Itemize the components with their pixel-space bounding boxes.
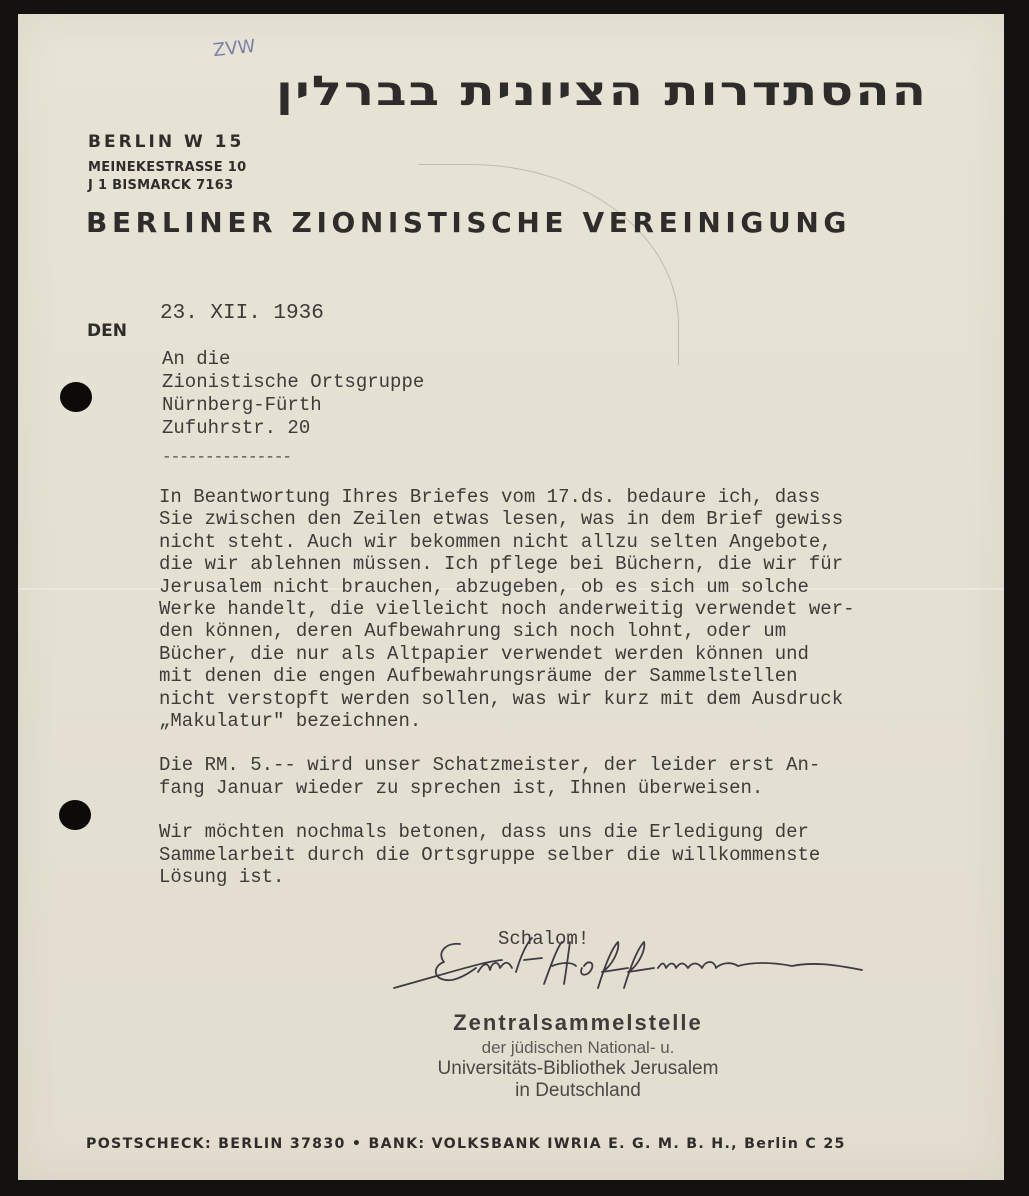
organization-name: BERLINER ZIONISTISCHE VEREINIGUNG: [86, 206, 851, 239]
letterhead-city: BERLIN W 15: [88, 132, 244, 152]
recipient-line: An die: [162, 348, 424, 371]
body-line: mit denen die engen Aufbewahrungsräume d…: [159, 665, 999, 687]
paper-crease: [418, 164, 679, 365]
stamp-line: Zentralsammelstelle: [358, 1010, 798, 1036]
body-line: Sie zwischen den Zeilen etwas lesen, was…: [159, 508, 999, 530]
body-line: In Beantwortung Ihres Briefes vom 17.ds.…: [159, 486, 999, 508]
body-line: die wir ablehnen müssen. Ich pflege bei …: [159, 553, 999, 575]
paragraph-1: In Beantwortung Ihres Briefes vom 17.ds.…: [159, 486, 999, 732]
body-line: Wir möchten nochmals betonen, dass uns d…: [159, 821, 999, 843]
body-line: nicht verstopft werden sollen, was wir k…: [159, 688, 999, 710]
pencil-annotation: ZVW: [212, 36, 256, 61]
date-label: DEN: [87, 321, 127, 341]
body-line: nicht steht. Auch wir bekommen nicht all…: [159, 531, 999, 553]
paragraph-2: Die RM. 5.-- wird unser Schatzmeister, d…: [159, 754, 999, 799]
stamp-line: Universitäts-Bibliothek Jerusalem: [358, 1058, 798, 1080]
letterhead-footer-bank-details: POSTSCHECK: BERLIN 37830 • BANK: VOLKSBA…: [86, 1136, 846, 1152]
body-line: den können, deren Aufbewahrung sich noch…: [159, 620, 999, 642]
body-line: fang Januar wieder zu sprechen ist, Ihne…: [159, 777, 999, 799]
letter-date: 23. XII. 1936: [160, 302, 324, 325]
rubber-stamp: Zentralsammelstelle der jüdischen Nation…: [358, 1010, 798, 1102]
body-line: Jerusalem nicht brauchen, abzugeben, ob …: [159, 576, 999, 598]
body-line: Werke handelt, die vielleicht noch ander…: [159, 598, 999, 620]
stamp-line: der jüdischen National- u.: [358, 1038, 798, 1058]
body-line: Lösung ist.: [159, 866, 999, 888]
hebrew-letterhead-title: ההסתדרות הציונית בברלין: [86, 68, 928, 114]
recipient-underline: ---------------: [162, 448, 291, 466]
recipient-line: Zufuhrstr. 20: [162, 417, 424, 440]
recipient-address: An die Zionistische Ortsgruppe Nürnberg-…: [162, 348, 424, 440]
letterhead-street: MEINEKESTRASSE 10: [88, 160, 246, 175]
body-line: Sammelarbeit durch die Ortsgruppe selber…: [159, 844, 999, 866]
letter-body: In Beantwortung Ihres Briefes vom 17.ds.…: [159, 486, 999, 911]
handwritten-signature: Ernst Hoffmann: [392, 932, 892, 1002]
letter-page: ZVW ההסתדרות הציונית בברלין BERLIN W 15 …: [18, 14, 1004, 1180]
body-line: „Makulatur" bezeichnen.: [159, 710, 999, 732]
recipient-line: Nürnberg-Fürth: [162, 394, 424, 417]
punch-hole-bottom: [59, 800, 91, 830]
punch-hole-top: [60, 382, 92, 412]
recipient-line: Zionistische Ortsgruppe: [162, 371, 424, 394]
letterhead-phone: J 1 BISMARCK 7163: [88, 178, 233, 193]
stamp-line: in Deutschland: [358, 1080, 798, 1102]
body-line: Die RM. 5.-- wird unser Schatzmeister, d…: [159, 754, 999, 776]
paragraph-3: Wir möchten nochmals betonen, dass uns d…: [159, 821, 999, 888]
body-line: Bücher, die nur als Altpapier verwendet …: [159, 643, 999, 665]
